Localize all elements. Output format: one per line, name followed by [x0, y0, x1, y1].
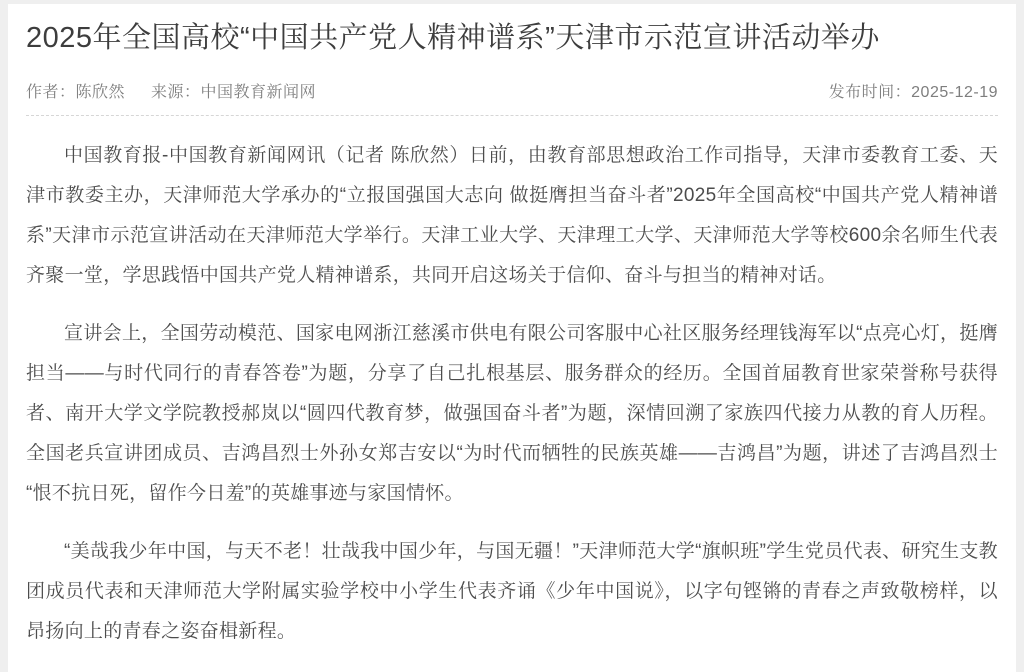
publish-time-value: 2025-12-19	[911, 84, 998, 101]
publish-time-label: 发布时间：	[829, 84, 912, 101]
article-paragraph: “美哉我少年中国，与天不老！壮哉我中国少年，与国无疆！”天津师范大学“旗帜班”学…	[26, 532, 998, 648]
author-value: 陈欣然	[76, 79, 126, 102]
article-meta-row: 作者：陈欣然 来源：中国教育新闻网 发布时间：2025-12-19	[26, 79, 998, 102]
article-paragraph: 中国教育报-中国教育新闻网讯（记者 陈欣然）日前，由教育部思想政治工作司指导，天…	[26, 136, 998, 296]
article-title: 2025年全国高校“中国共产党人精神谱系”天津市示范宣讲活动举办	[18, 16, 1006, 58]
article-card: 2025年全国高校“中国共产党人精神谱系”天津市示范宣讲活动举办 作者：陈欣然 …	[8, 4, 1016, 648]
meta-right-group: 发布时间：2025-12-19	[829, 79, 998, 102]
article-paragraph: 宣讲会上，全国劳动模范、国家电网浙江慈溪市供电有限公司客服中心社区服务经理钱海军…	[26, 314, 998, 514]
source-label: 来源：	[151, 79, 201, 102]
author-label: 作者：	[26, 79, 76, 102]
page-background: 2025年全国高校“中国共产党人精神谱系”天津市示范宣讲活动举办 作者：陈欣然 …	[0, 0, 1024, 648]
meta-left-group: 作者：陈欣然 来源：中国教育新闻网	[26, 79, 316, 102]
source-value: 中国教育新闻网	[201, 79, 317, 102]
article-body: 中国教育报-中国教育新闻网讯（记者 陈欣然）日前，由教育部思想政治工作司指导，天…	[18, 116, 1006, 648]
